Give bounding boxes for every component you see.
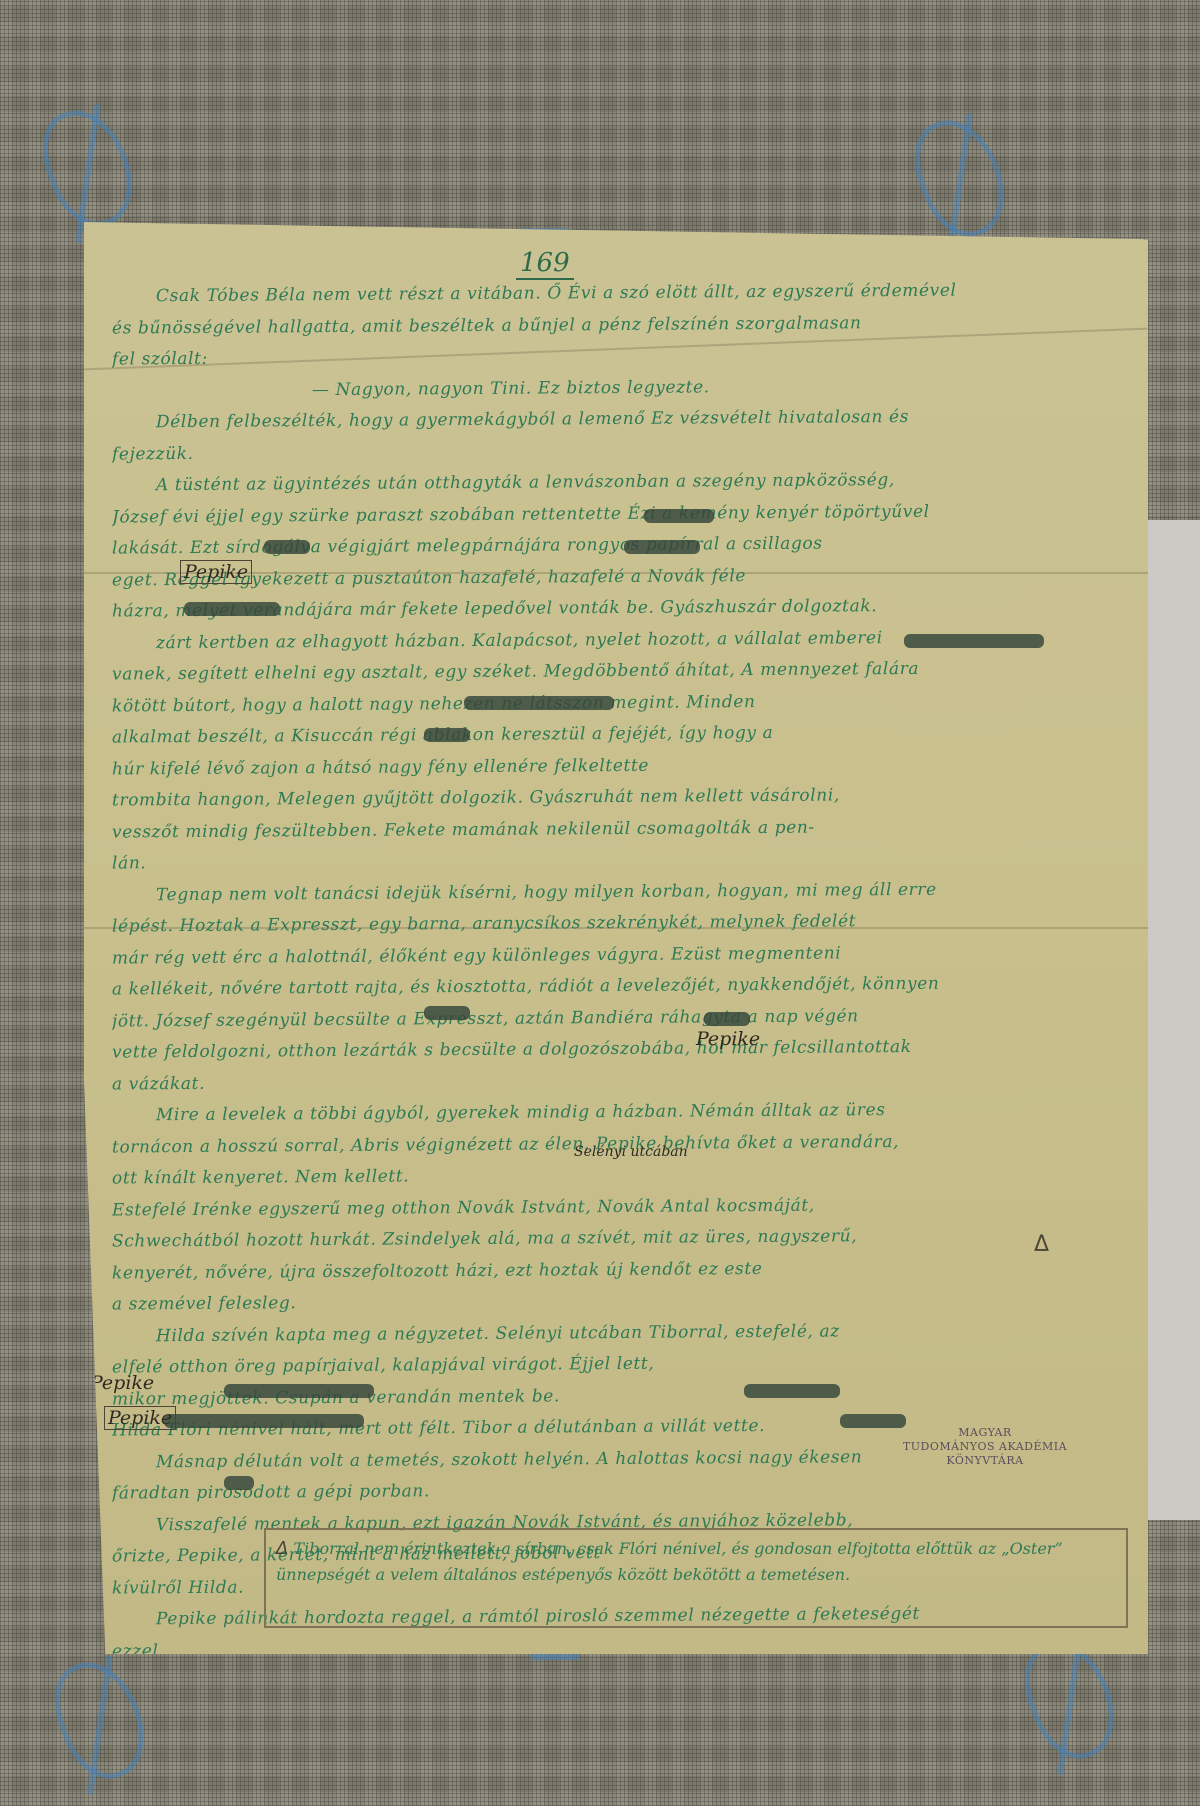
delta-footnote-marker: Δ [1034, 1232, 1049, 1257]
delta-footnote-marker: Δ [276, 1538, 288, 1559]
redaction-mark [840, 1414, 906, 1428]
redaction-mark [704, 1012, 750, 1026]
library-stamp: MAGYAR TUDOMÁNYOS AKADÉMIA KÖNYVTÁRA [900, 1426, 1070, 1468]
manuscript-page: 169 Csak Tóbes Béla nem vett részt a vit… [84, 222, 1148, 1654]
text-line: szeretettel nézett, az anyja kertjében. … [112, 1692, 1118, 1731]
redaction-mark [164, 1414, 364, 1428]
footnote-box: Δ Tiborral nem érintkeztek a sírban, csa… [264, 1528, 1128, 1628]
redaction-mark [424, 728, 470, 742]
stamp-line: MAGYAR [900, 1426, 1070, 1440]
pencil-annotation-selenyi: Selényi utcában [574, 1144, 688, 1160]
footnote-text: Δ Tiborral nem érintkeztek a sírban, csa… [276, 1536, 1116, 1588]
text-line: ezzel, [112, 1629, 1118, 1668]
blue-crayon-mark-top-left [30, 98, 146, 238]
footnote-body: Tiborral nem érintkeztek a sírban, csak … [276, 1539, 1063, 1584]
pencil-annotation-pepike: Pepike [180, 560, 252, 584]
redaction-mark [624, 540, 700, 554]
blue-crayon-mark-top-right [902, 108, 1018, 248]
stamp-line: KÖNYVTÁRA [900, 1454, 1070, 1468]
pencil-annotation-pepike-margin: Pepike [90, 1372, 154, 1394]
redaction-mark [904, 634, 1044, 648]
pencil-annotation-pepike-margin: Pepike [104, 1406, 176, 1430]
text-line: nem a fekete. [112, 1723, 1118, 1762]
redaction-mark [224, 1476, 254, 1490]
redaction-mark [224, 1384, 374, 1398]
redaction-mark [264, 540, 310, 554]
redaction-mark [644, 509, 714, 523]
stamp-line: TUDOMÁNYOS AKADÉMIA [900, 1440, 1070, 1454]
text-line: Hilda nagyon is gyanakodva nézte, mely j… [112, 1660, 1118, 1699]
pencil-annotation-pepike: Pepike [696, 1028, 760, 1050]
redaction-mark [184, 602, 280, 616]
blue-crayon-mark-bottom-left [42, 1650, 158, 1790]
redaction-mark [744, 1384, 840, 1398]
redaction-mark [424, 1006, 470, 1020]
redaction-mark [464, 696, 614, 710]
page-number: 169 [516, 248, 574, 280]
